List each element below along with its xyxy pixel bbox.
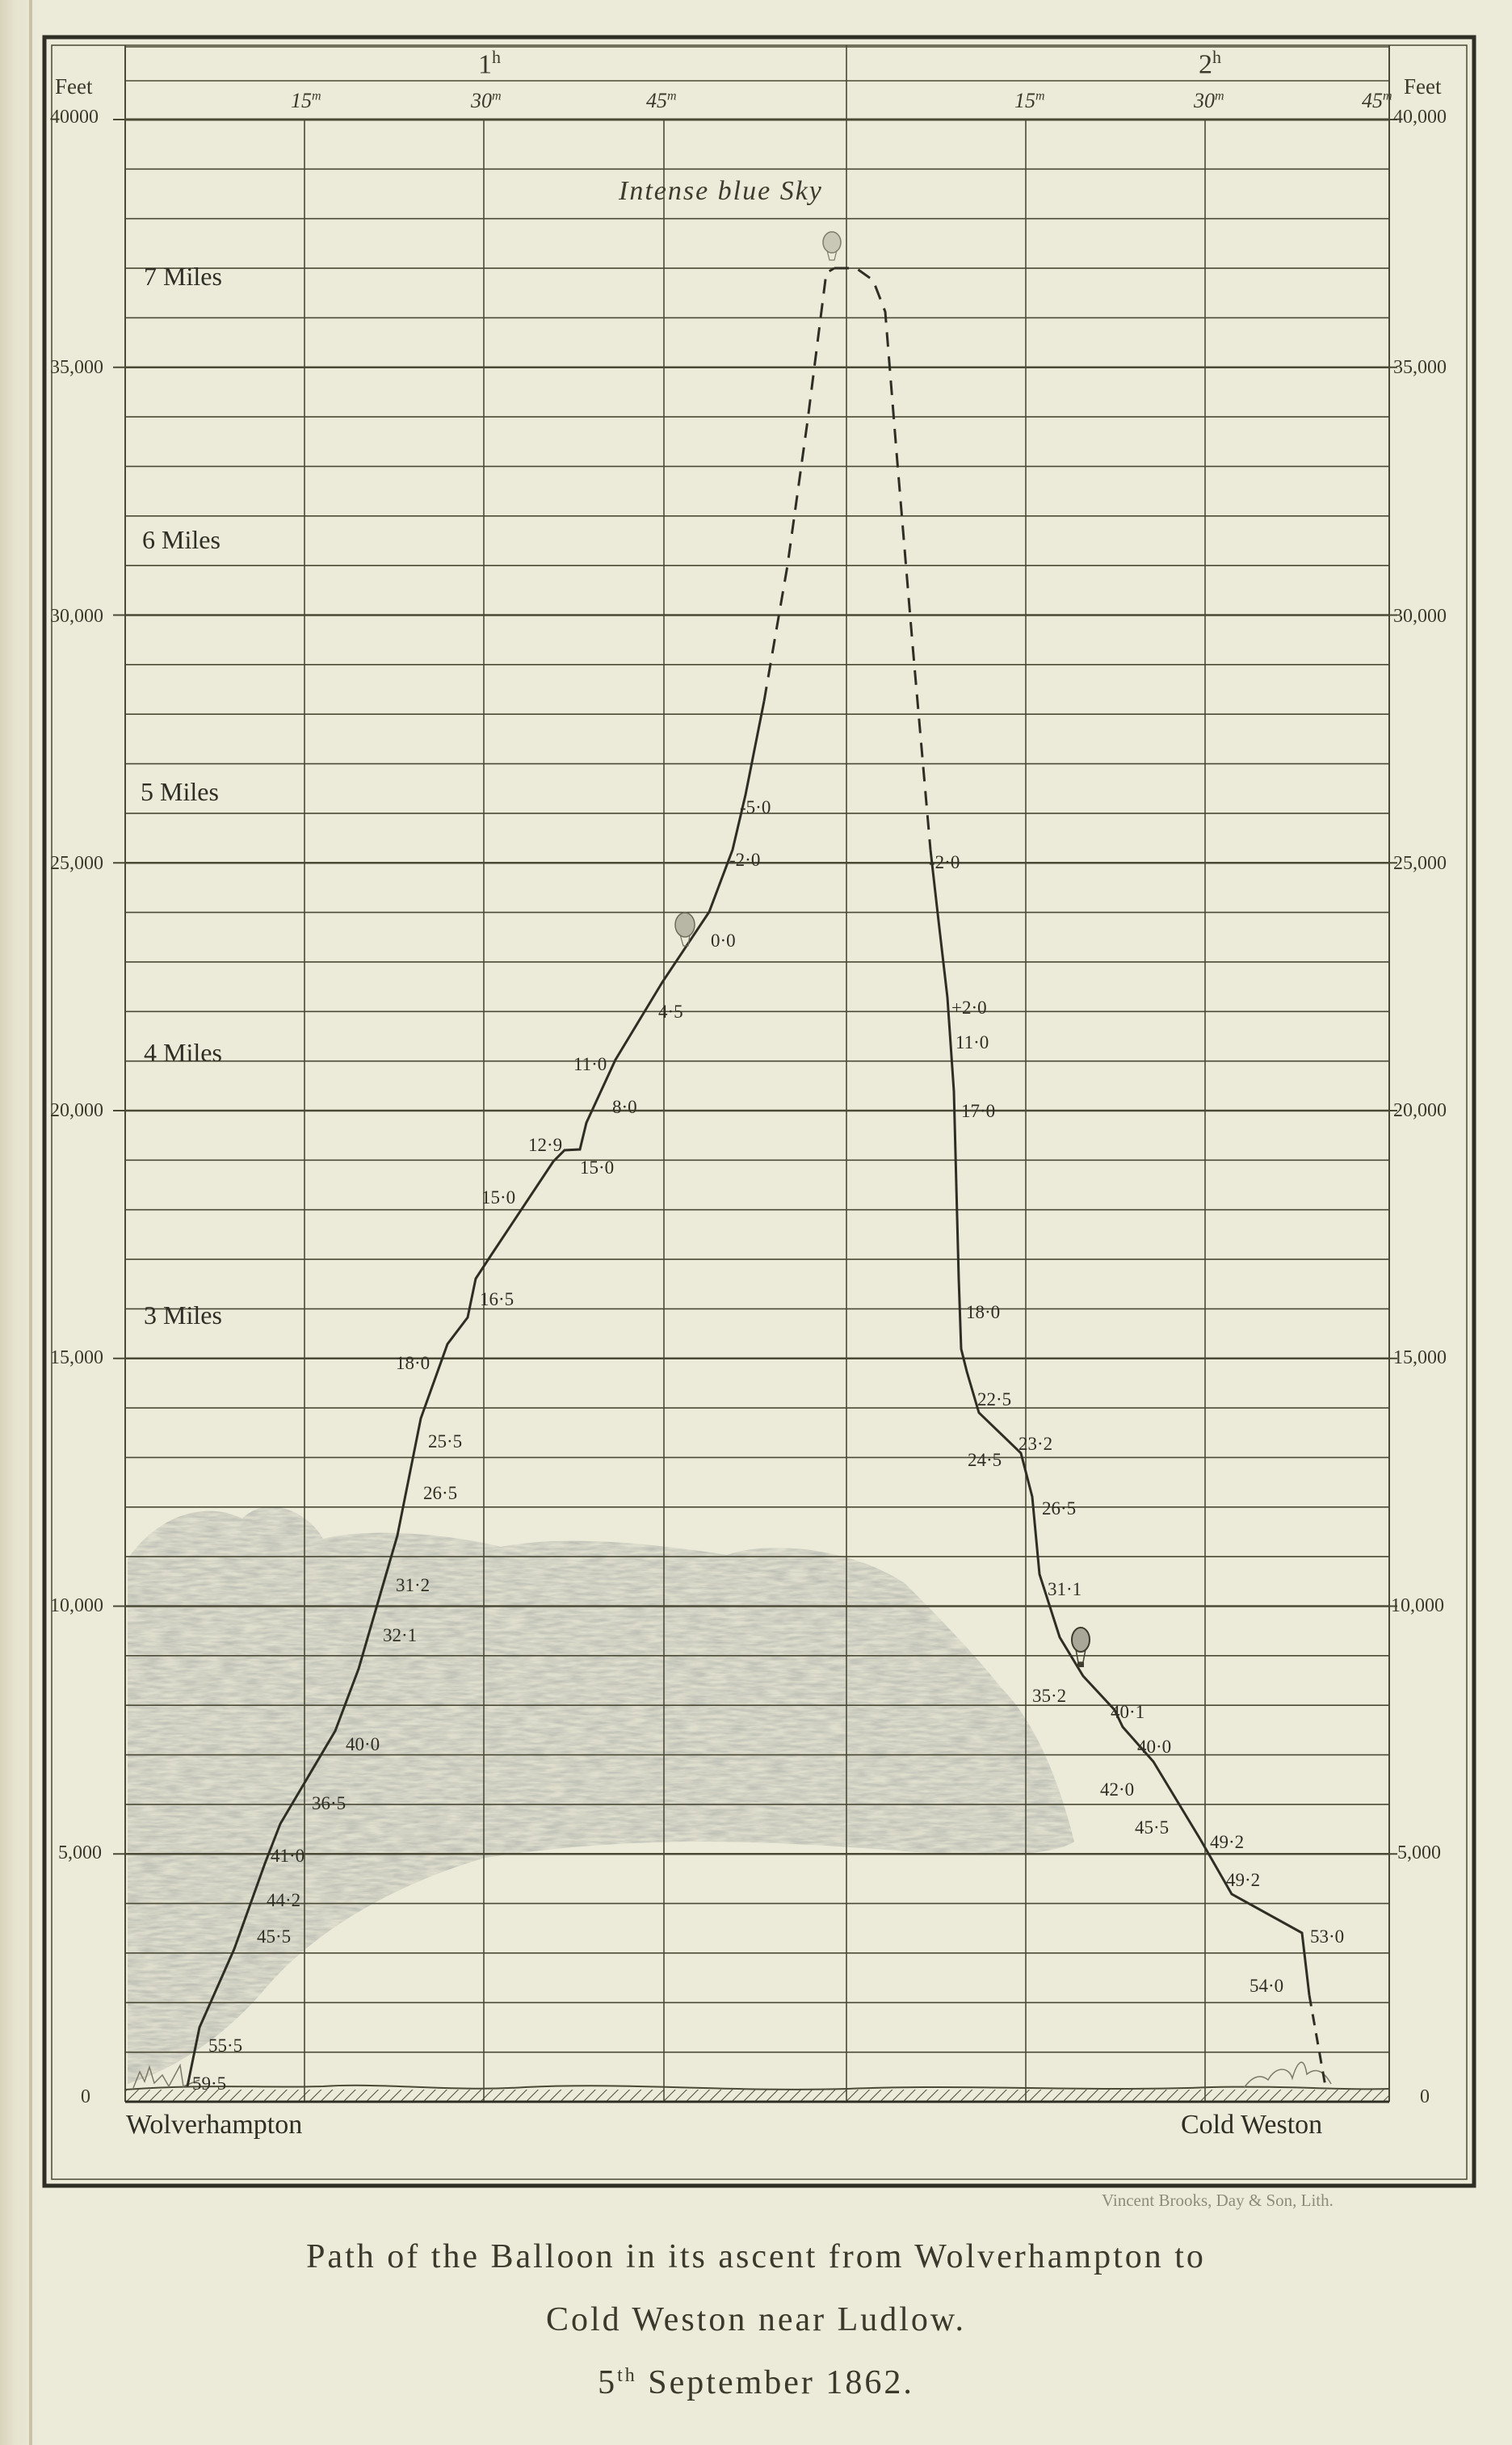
balloon-icon [823, 232, 841, 260]
cloud-layer [128, 1506, 1074, 2084]
mile-marker-7: 7 Miles [144, 262, 222, 292]
descent-temperature-label: 23·2 [1018, 1434, 1052, 1455]
descent-temperature-label: 11·0 [955, 1032, 989, 1053]
ytick-left-40000: 40000 [50, 107, 99, 128]
ground [125, 2062, 1389, 2102]
ascent-temperature-label: 4·5 [658, 1002, 683, 1023]
descent-temperature-label: 24·5 [968, 1450, 1002, 1471]
start-place-label: Wolverhampton [126, 2110, 302, 2140]
right-axis-title: Feet [1404, 74, 1442, 99]
ascent-temperature-label: 40·0 [346, 1734, 380, 1755]
ascent-temperature-label: 45·5 [257, 1926, 291, 1947]
balloon-path-chart [0, 0, 1512, 2445]
ascent-temperature-label: 31·2 [396, 1575, 430, 1596]
ascent-temperature-label: 8·0 [612, 1097, 637, 1118]
ascent-temperature-label: -5·0 [740, 797, 771, 818]
mile-marker-3: 3 Miles [144, 1300, 222, 1330]
descent-temperature-label: 40·1 [1111, 1702, 1144, 1723]
minute-label-2h45: 45m [1362, 89, 1392, 113]
ytick-left-30000: 30,000 [50, 606, 103, 628]
ytick-right-20000: 20,000 [1393, 1100, 1447, 1122]
hour-label-1: 1h [478, 47, 501, 80]
descent-temperature-label: 54·0 [1249, 1976, 1283, 1997]
ytick-right-35000: 35,000 [1393, 357, 1447, 379]
caption-line-1: Path of the Balloon in its ascent from W… [0, 2237, 1512, 2276]
ytick-right-10000: 10,000 [1391, 1595, 1444, 1617]
ytick-right-25000: 25,000 [1393, 853, 1447, 875]
ytick-left-15000: 15,000 [50, 1347, 103, 1369]
descent-temperature-label: 18·0 [966, 1302, 1000, 1323]
ascent-temperature-label: 15·0 [580, 1157, 614, 1178]
minute-label-1h45: 45m [646, 89, 677, 113]
ascent-temperature-label: 41·0 [271, 1846, 304, 1867]
ytick-right-30000: 30,000 [1393, 606, 1447, 628]
ytick-right-40000: 40,000 [1393, 107, 1447, 128]
descent-temperature-label: -2·0 [929, 852, 960, 873]
ascent-temperature-label: 0·0 [711, 931, 736, 952]
ytick-left-10000: 10,000 [50, 1595, 103, 1617]
descent-temperature-label: 42·0 [1100, 1779, 1134, 1800]
sky-annotation: Intense blue Sky [619, 176, 823, 207]
descent-temperature-label: 49·2 [1226, 1870, 1260, 1891]
ascent-temperature-label: 59·5 [192, 2073, 226, 2094]
ascent-temperature-label: 25·5 [428, 1431, 462, 1452]
ytick-left-5000: 5,000 [58, 1842, 102, 1864]
ascent-temperature-label: 44·2 [267, 1890, 300, 1911]
hour-label-2: 2h [1199, 47, 1221, 80]
balloon-icon [675, 913, 695, 946]
ascent-temperature-label: 15·0 [481, 1187, 515, 1208]
ascent-temperature-label: 12·9 [528, 1135, 562, 1156]
ascent-temperature-label: 16·5 [480, 1289, 514, 1310]
ytick-left-0: 0 [81, 2086, 90, 2108]
ascent-temperature-label: 55·5 [208, 2035, 242, 2056]
descent-temperature-label: +2·0 [951, 998, 987, 1019]
ascent-temperature-label: -2·0 [729, 850, 760, 871]
mile-marker-4: 4 Miles [144, 1038, 222, 1068]
ytick-right-5000: 5,000 [1397, 1842, 1441, 1864]
ascent-temperature-label: 32·1 [383, 1625, 417, 1646]
ascent-temperature-label: 36·5 [312, 1793, 346, 1814]
caption-line-2: Cold Weston near Ludlow. [0, 2300, 1512, 2339]
end-place-label: Cold Weston [1181, 2110, 1322, 2140]
ytick-right-0: 0 [1420, 2086, 1430, 2108]
lithographer-credit: Vincent Brooks, Day & Son, Lith. [1102, 2191, 1333, 2211]
caption-date: 5th September 1862. [0, 2363, 1512, 2402]
descent-temperature-label: 45·5 [1135, 1817, 1169, 1838]
descent-temperature-label: 49·2 [1210, 1832, 1244, 1853]
ytick-left-20000: 20,000 [50, 1100, 103, 1122]
ytick-right-15000: 15,000 [1393, 1347, 1447, 1369]
minute-label-2h15: 15m [1014, 89, 1045, 113]
mile-marker-5: 5 Miles [141, 777, 219, 807]
left-axis-title: Feet [55, 74, 93, 99]
mile-marker-6: 6 Miles [142, 525, 220, 555]
descent-temperature-label: 31·1 [1048, 1579, 1081, 1600]
ascent-temperature-label: 18·0 [396, 1353, 430, 1374]
descent-temperature-label: 35·2 [1032, 1686, 1066, 1707]
ascent-temperature-label: 26·5 [423, 1483, 457, 1504]
minute-label-2h30: 30m [1194, 89, 1224, 113]
descent-temperature-label: 26·5 [1042, 1498, 1076, 1519]
ascent-temperature-label: 11·0 [573, 1054, 607, 1075]
descent-temperature-label: 40·0 [1137, 1737, 1171, 1758]
descent-temperature-label: 53·0 [1310, 1926, 1344, 1947]
ytick-left-25000: 25,000 [50, 853, 103, 875]
ytick-left-35000: 35,000 [50, 357, 103, 379]
descent-temperature-label: 17·0 [961, 1101, 995, 1122]
descent-temperature-label: 22·5 [977, 1389, 1011, 1410]
minute-label-1h15: 15m [291, 89, 321, 113]
minute-label-1h30: 30m [471, 89, 502, 113]
